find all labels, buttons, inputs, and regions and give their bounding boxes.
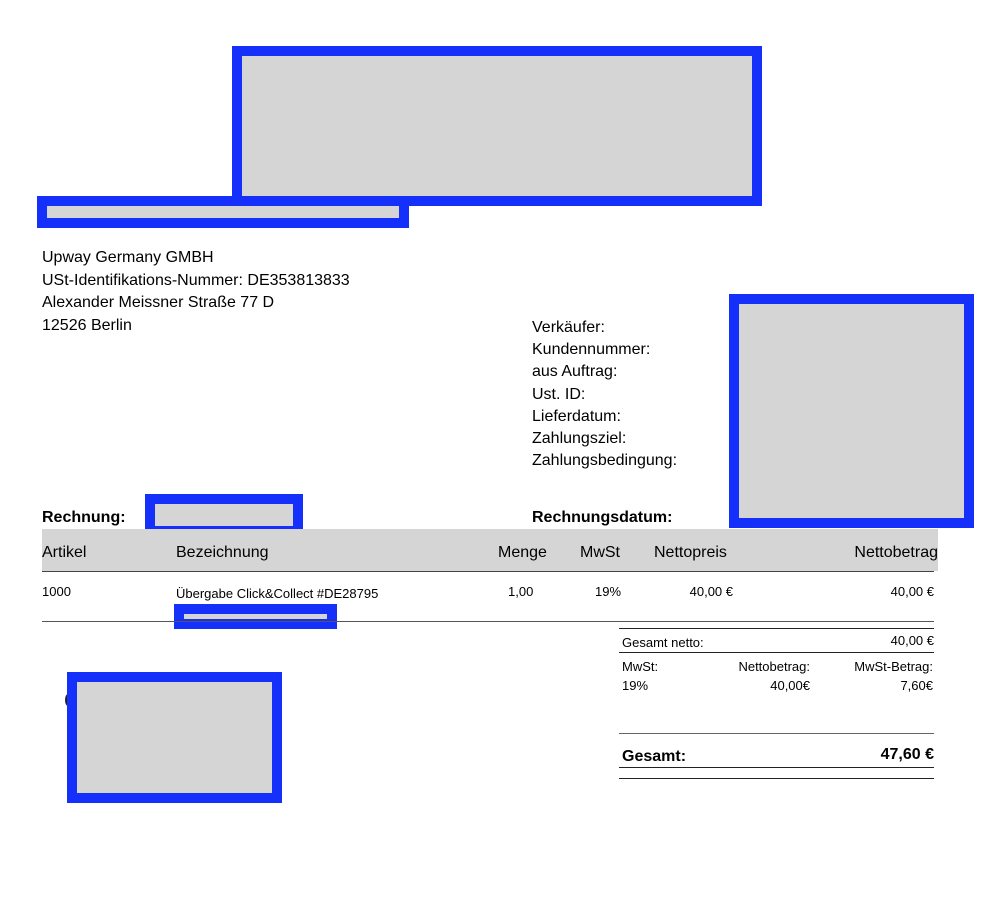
meta-label-verkaeufer: Verkäufer: bbox=[532, 317, 677, 339]
grand-total-divider-1 bbox=[619, 767, 934, 768]
th-menge: Menge bbox=[498, 544, 547, 562]
total-net-value: 40,00 € bbox=[891, 633, 934, 648]
invoice-number-label: Rechnung: bbox=[42, 509, 126, 527]
meta-label-zahlungsziel: Zahlungsziel: bbox=[532, 428, 677, 450]
th-artikel: Artikel bbox=[42, 544, 86, 562]
tax-amount: 7,60€ bbox=[900, 678, 933, 693]
tax-header-mwst: MwSt: bbox=[622, 659, 658, 674]
sender-company: Upway Germany GMBH bbox=[42, 247, 350, 270]
table-bottom-divider bbox=[42, 621, 934, 622]
redacted-meta-values bbox=[729, 294, 974, 528]
sender-vat-id: USt-Identifikations-Nummer: DE353813833 bbox=[42, 270, 350, 293]
tax-header-nettobetrag: Nettobetrag: bbox=[738, 659, 810, 674]
sender-address: Upway Germany GMBH USt-Identifikations-N… bbox=[42, 247, 350, 337]
meta-label-lieferdatum: Lieferdatum: bbox=[532, 406, 677, 428]
table-header-divider bbox=[42, 571, 934, 572]
grand-total-top-divider bbox=[619, 733, 934, 734]
tax-header-mwst-betrag: MwSt-Betrag: bbox=[854, 659, 933, 674]
cell-menge: 1,00 bbox=[508, 584, 533, 599]
tax-rate: 19% bbox=[622, 678, 648, 693]
cell-nettobetrag: 40,00 € bbox=[891, 584, 934, 599]
sender-city: 12526 Berlin bbox=[42, 315, 350, 338]
cell-nettopreis: 40,00 € bbox=[690, 584, 733, 599]
grand-total-label: Gesamt: bbox=[622, 748, 686, 766]
meta-label-ust-id: Ust. ID: bbox=[532, 384, 677, 406]
redacted-item-detail bbox=[174, 604, 337, 629]
table-header: Artikel Bezeichnung Menge MwSt Nettoprei… bbox=[42, 529, 938, 571]
redacted-logo bbox=[232, 46, 762, 206]
sender-street: Alexander Meissner Straße 77 D bbox=[42, 292, 350, 315]
cell-mwst: 19% bbox=[595, 584, 621, 599]
th-mwst: MwSt bbox=[580, 544, 620, 562]
total-net-label: Gesamt netto: bbox=[622, 635, 704, 650]
redacted-sender-line bbox=[37, 196, 409, 228]
meta-label-auftrag: aus Auftrag: bbox=[532, 361, 677, 383]
grand-total-value: 47,60 € bbox=[881, 746, 934, 764]
tax-net-amount: 40,00€ bbox=[770, 678, 810, 693]
meta-label-zahlungsbedingung: Zahlungsbedingung: bbox=[532, 450, 677, 472]
totals-net-divider bbox=[619, 652, 934, 653]
th-bezeichnung: Bezeichnung bbox=[176, 544, 269, 562]
invoice-date-label: Rechnungsdatum: bbox=[532, 509, 672, 527]
redacted-footer-block bbox=[67, 672, 282, 803]
cell-artikel: 1000 bbox=[42, 584, 71, 599]
th-nettopreis: Nettopreis bbox=[654, 544, 727, 562]
meta-label-kundennummer: Kundennummer: bbox=[532, 339, 677, 361]
cell-bezeichnung: Übergabe Click&Collect #DE28795 bbox=[176, 586, 378, 601]
th-nettobetrag: Nettobetrag bbox=[854, 544, 938, 562]
grand-total-divider-2 bbox=[619, 778, 934, 779]
totals-top-divider bbox=[619, 628, 934, 629]
invoice-meta-labels: Verkäufer: Kundennummer: aus Auftrag: Us… bbox=[532, 317, 677, 472]
